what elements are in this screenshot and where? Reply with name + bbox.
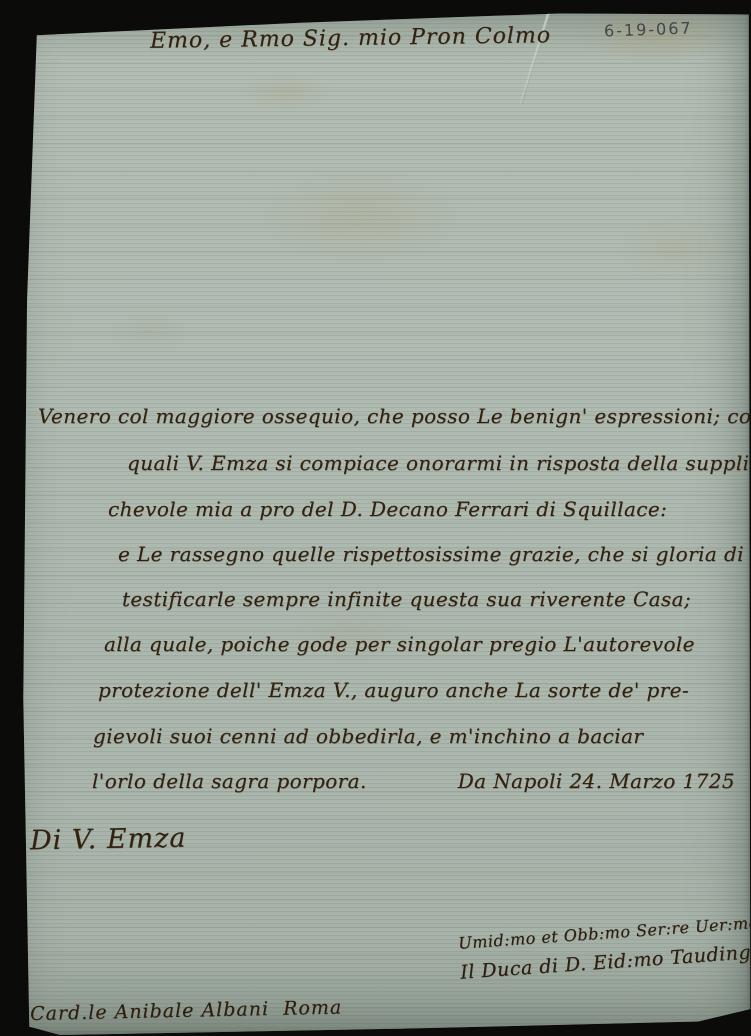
catalog-number: 6-19-067 <box>604 18 693 40</box>
salutation-line: Emo, e Rmo Sig. mio Pron Colmo <box>150 23 551 54</box>
body-line: e Le rassegno quelle rispettosissime gra… <box>118 542 744 566</box>
body-line: chevole mia a pro del D. Decano Ferrari … <box>108 497 667 521</box>
body-line: alla quale, poiche gode per singolar pre… <box>104 632 695 656</box>
body-line: Venero col maggiore ossequio, che posso … <box>38 404 751 428</box>
body-last-line-row: l'orlo della sagra porpora. Da Napoli 24… <box>92 769 735 793</box>
body-line: quali V. Emza si compiace onorarmi in ri… <box>127 451 751 475</box>
address-line: r. Card.le Anibale Albani Roma <box>8 997 343 1026</box>
valediction: Di V. Emza <box>30 823 187 857</box>
body-line: testificarle sempre infinite questa sua … <box>122 587 691 611</box>
body-line: gievoli suoi cenni ad obbedirla, e m'inc… <box>93 724 643 748</box>
photograph-backdrop: Emo, e Rmo Sig. mio Pron Colmo 6-19-067 … <box>0 0 751 1036</box>
paper-crease <box>519 0 555 105</box>
body-line: l'orlo della sagra porpora. <box>92 769 367 793</box>
signature-block: Umid:mo et Obb:mo Ser:re Uer:mo Il Duca … <box>458 914 741 983</box>
letter-sheet: Emo, e Rmo Sig. mio Pron Colmo 6-19-067 … <box>0 0 751 1036</box>
body-line: protezione dell' Emza V., auguro anche L… <box>98 678 689 702</box>
dateline: Da Napoli 24. Marzo 1725 <box>458 769 735 793</box>
